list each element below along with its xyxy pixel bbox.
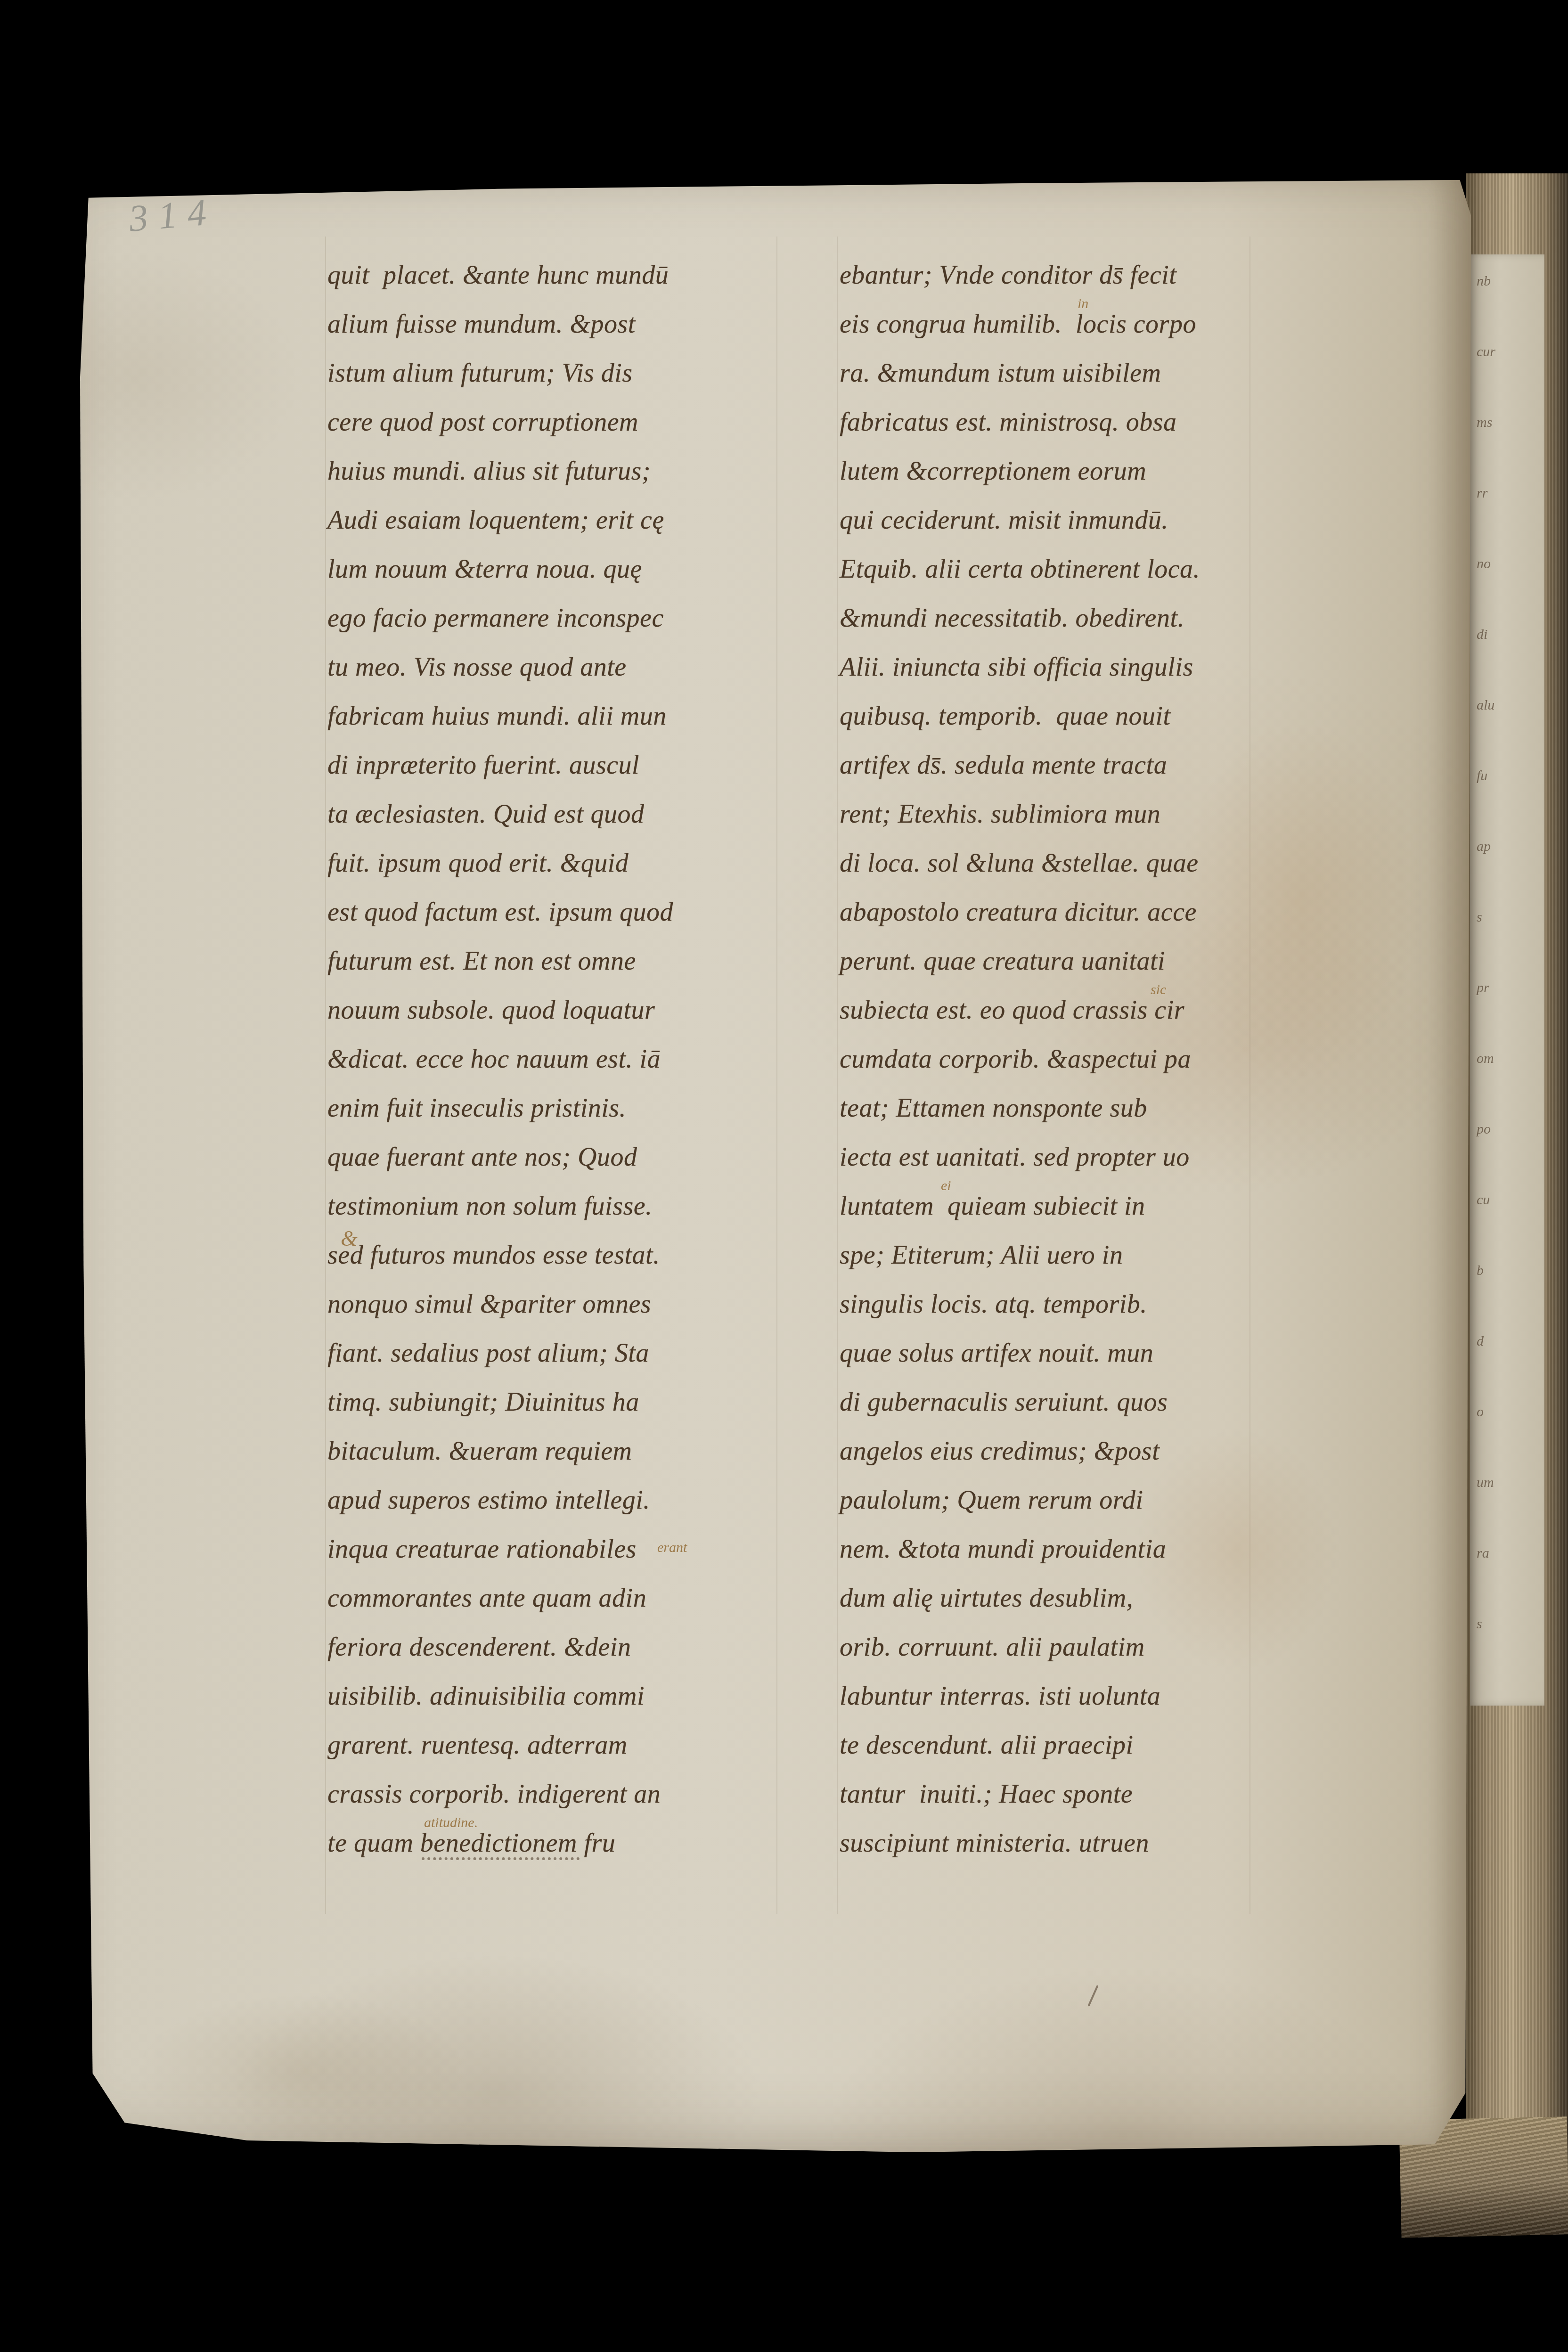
manuscript-line: fabricam huius mundi. alii mun [327,692,780,741]
manuscript-line: huius mundi. alius sit futurus; [327,447,780,496]
cut-off-text-fragment: d [1477,1333,1484,1349]
manuscript-line: eis congrua humilib. locis corpo [840,300,1292,349]
manuscript-line: testimonium non solum fuisse. [327,1182,780,1231]
cut-off-text-fragment: s [1477,909,1482,925]
manuscript-line: labuntur interras. isti uolunta [840,1672,1292,1721]
manuscript-line: alium fuisse mundum. &post [327,300,780,349]
interlinear-gloss: atitudine. [424,1816,478,1830]
manuscript-line: nonquo simul &pariter omnes [327,1280,780,1329]
manuscript-line: di gubernaculis seruiunt. quos [840,1378,1292,1427]
manuscript-line: rent; Etexhis. sublimiora mun [840,790,1292,839]
manuscript-line: tu meo. Vis nosse quod ante [327,643,780,692]
manuscript-line: abapostolo creatura dicitur. acce [840,888,1292,937]
cut-off-text-fragment: no [1477,556,1491,572]
interlinear-gloss: ei [941,1179,951,1193]
manuscript-line: cumdata corporib. &aspectui pa [840,1035,1292,1084]
manuscript-line: ebantur; Vnde conditor ds̄ fecit [840,251,1292,300]
cut-off-text-fragment: po [1477,1121,1491,1137]
interlinear-gloss: sic [1151,983,1166,997]
manuscript-line: Audi esaiam loquentem; erit cę [327,496,780,545]
expunction-dots [422,1857,580,1860]
manuscript-line: quae fuerant ante nos; Quod [327,1133,780,1182]
manuscript-line: enim fuit inseculis pristinis. [327,1084,780,1133]
cut-off-text-fragment: rr [1477,485,1487,501]
manuscript-line: fabricatus est. ministrosq. obsa [840,398,1292,447]
pencil-folio-number: 314 [127,190,218,241]
cut-off-text-fragment: om [1477,1051,1494,1067]
manuscript-line: dum alię uirtutes desublim, [840,1574,1292,1623]
cut-off-text-fragment: o [1477,1404,1484,1420]
cut-off-text-fragment: um [1477,1475,1494,1491]
manuscript-line: singulis locis. atq. temporib. [840,1280,1292,1329]
manuscript-line: &mundi necessitatib. obedirent. [840,594,1292,643]
manuscript-line: nem. &tota mundi prouidentia [840,1525,1292,1574]
photo-backdrop: nbcurmsrrnodialufuapsprompocubdoumras 31… [0,0,1568,2352]
manuscript-line: perunt. quae creatura uanitati [840,937,1292,986]
manuscript-line: uisibilib. adinuisibilia commi [327,1672,780,1721]
manuscript-line: di inpræterito fuerint. auscul [327,741,780,790]
ruling-line [837,237,838,1914]
ruling-line [325,237,326,1914]
column-left: quit placet. &ante hunc mundūalium fuiss… [327,251,780,1868]
manuscript-line: apud superos estimo intellegi. [327,1476,780,1525]
cut-off-text-fragment: fu [1477,768,1487,784]
cut-off-text-fragment: cur [1477,344,1495,360]
manuscript-line: artifex ds̄. sedula mente tracta [840,741,1292,790]
manuscript-page: 314 quit placet. &ante hunc mundūalium f… [80,180,1471,2152]
manuscript-line: fuit. ipsum quod erit. &quid [327,839,780,888]
manuscript-line: est quod factum est. ipsum quod [327,888,780,937]
manuscript-line: grarent. ruentesq. adterram [327,1721,780,1770]
interlinear-gloss: erant [657,1541,687,1555]
manuscript-line: feriora descenderent. &dein [327,1623,780,1672]
cut-off-text-fragment: alu [1477,697,1494,713]
manuscript-line: futurum est. Et non est omne [327,937,780,986]
manuscript-line: subiecta est. eo quod crassis cir [840,986,1292,1035]
cut-off-text-fragment: pr [1477,980,1489,996]
manuscript-line: quibusq. temporib. quae nouit [840,692,1292,741]
manuscript-line: quae solus artifex nouit. mun [840,1329,1292,1378]
cut-off-text-fragment: ra [1477,1545,1489,1561]
manuscript-line: sed futuros mundos esse testat. [327,1231,780,1280]
manuscript-line: timq. subiungit; Diuinitus ha [327,1378,780,1427]
manuscript-line: iecta est uanitati. sed propter uo [840,1133,1292,1182]
manuscript-line: Alii. iniuncta sibi officia singulis [840,643,1292,692]
parchment-stain [137,1994,466,2149]
manuscript-line: &dicat. ecce hoc nauum est. iā [327,1035,780,1084]
manuscript-line: lutem &correptionem eorum [840,447,1292,496]
manuscript-line: commorantes ante quam adin [327,1574,780,1623]
cut-off-text-fragment: b [1477,1263,1484,1279]
manuscript-line: crassis corporib. indigerent an [327,1770,780,1819]
cut-off-text-fragment: s [1477,1616,1482,1632]
cut-off-text-fragment: cu [1477,1192,1490,1208]
manuscript-line: teat; Ettamen nonsponte sub [840,1084,1292,1133]
manuscript-line: suscipiunt ministeria. utruen [840,1819,1292,1868]
interlinear-gloss: & [341,1228,358,1249]
manuscript-line: te quam benedictionem fru [327,1819,780,1868]
manuscript-line: bitaculum. &ueram requiem [327,1427,780,1476]
manuscript-line: luntatem quieam subiecit in [840,1182,1292,1231]
manuscript-line: nouum subsole. quod loquatur [327,986,780,1035]
manuscript-line: ego facio permanere inconspec [327,594,780,643]
manuscript-line: cere quod post corruptionem [327,398,780,447]
manuscript-line: qui ceciderunt. misit inmundū. [840,496,1292,545]
manuscript-line: tantur inuiti.; Haec sponte [840,1770,1292,1819]
column-right: ebantur; Vnde conditor ds̄ feciteis cong… [840,251,1292,1868]
manuscript-line: te descendunt. alii praecipi [840,1721,1292,1770]
manuscript-line: ra. &mundum istum uisibilem [840,349,1292,398]
cut-off-text-fragment: ap [1477,839,1491,855]
manuscript-line: quit placet. &ante hunc mundū [327,251,780,300]
manuscript-line: orib. corruunt. alii paulatim [840,1623,1292,1672]
cut-off-text-fragment: di [1477,627,1487,643]
under-page-sliver: nbcurmsrrnodialufuapsprompocubdoumras [1470,254,1544,1706]
manuscript-line: istum alium futurum; Vis dis [327,349,780,398]
manuscript-line: Etquib. alii certa obtinerent loca. [840,545,1292,594]
manuscript-line: di loca. sol &luna &stellae. quae [840,839,1292,888]
interlinear-gloss: in [1078,297,1088,311]
manuscript-line: angelos eius credimus; &post [840,1427,1292,1476]
manuscript-line: lum nouum &terra noua. quę [327,545,780,594]
manuscript-line: paulolum; Quem rerum ordi [840,1476,1292,1525]
manuscript-line: inqua creaturae rationabiles [327,1525,780,1574]
cut-off-text-fragment: nb [1477,273,1491,289]
cut-off-text-fragment: ms [1477,415,1492,431]
manuscript-line: ta æclesiasten. Quid est quod [327,790,780,839]
manuscript-line: fiant. sedalius post alium; Sta [327,1329,780,1378]
manuscript-line: spe; Etiterum; Alii uero in [840,1231,1292,1280]
